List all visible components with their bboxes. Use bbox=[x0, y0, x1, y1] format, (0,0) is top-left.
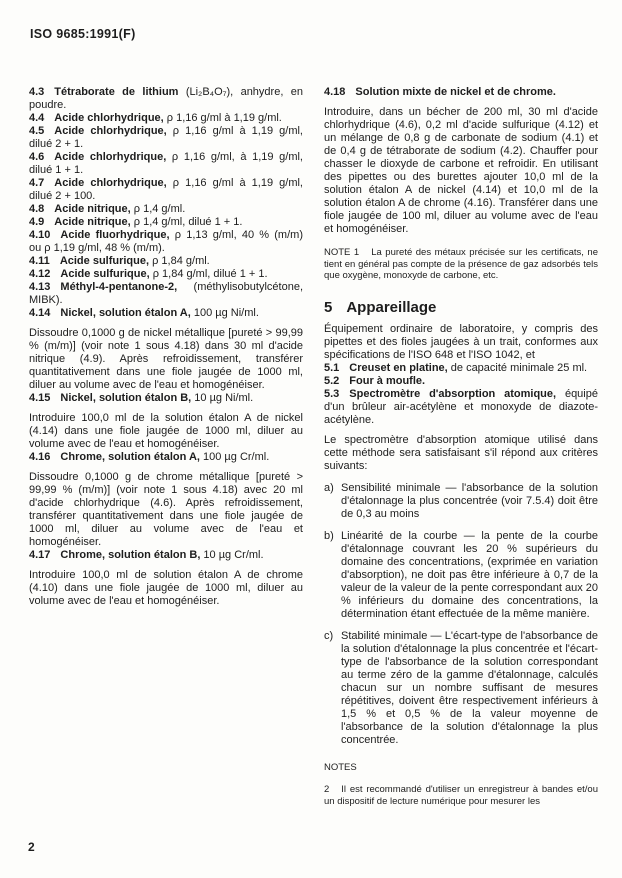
section-title: Chrome, solution étalon B, bbox=[60, 549, 200, 561]
section-title: Nickel, solution étalon B, bbox=[60, 392, 191, 404]
section-heading: 4.14Nickel, solution étalon A, 100 µg Ni… bbox=[29, 307, 303, 320]
section-heading: 4.6Acide chlorhydrique, ρ 1,16 g/ml, à 1… bbox=[29, 151, 303, 177]
two-column-body: 4.3Tétraborate de lithium (Li₂B₄O₇), anh… bbox=[29, 86, 598, 807]
list-item: b)Linéarité de la courbe — la pente de l… bbox=[324, 530, 598, 621]
section-title: Acide nitrique, bbox=[54, 203, 130, 215]
section-heading: 4.4Acide chlorhydrique, ρ 1,16 g/ml à 1,… bbox=[29, 112, 303, 125]
section-title: Acide sulfurique, bbox=[60, 268, 149, 280]
section-heading: 4.12Acide sulfurique, ρ 1,84 g/ml, dilué… bbox=[29, 268, 303, 281]
section-number: 4.5 bbox=[29, 125, 44, 137]
section-number: 4.12 bbox=[29, 268, 50, 280]
footnote-label: 2 bbox=[324, 784, 329, 795]
section-heading: 4.11Acide sulfurique, ρ 1,84 g/ml. bbox=[29, 255, 303, 268]
section-heading: 5.3Spectromètre d'absorption atomique, é… bbox=[324, 388, 598, 427]
section-title: Acide chlorhydrique, bbox=[54, 125, 166, 137]
footnote: NOTE 1La pureté des métaux précisée sur … bbox=[324, 247, 598, 282]
section-title: Creuset en platine, bbox=[349, 362, 447, 374]
clause-heading: 5Appareillage bbox=[324, 299, 598, 316]
section-title: Spectromètre d'absorption atomique, bbox=[349, 388, 556, 400]
body-paragraph: Dissoudre 0,1000 g de nickel métallique … bbox=[29, 327, 303, 392]
section-title: Nickel, solution étalon A, bbox=[60, 307, 190, 319]
clause-title: Appareillage bbox=[346, 299, 436, 316]
section-number: 4.6 bbox=[29, 151, 44, 163]
list-item: c)Stabilité minimale — L'écart-type de l… bbox=[324, 630, 598, 747]
section-title: Acide chlorhydrique, bbox=[54, 151, 166, 163]
section-title: Acide fluorhydrique, bbox=[60, 229, 169, 241]
section-number: 4.14 bbox=[29, 307, 50, 319]
section-title: Solution mixte de nickel et de chrome. bbox=[355, 86, 556, 98]
list-marker: a) bbox=[324, 482, 341, 521]
section-heading: 5.1Creuset en platine, de capacité minim… bbox=[324, 362, 598, 375]
body-paragraph: Introduire, dans un bécher de 200 ml, 30… bbox=[324, 106, 598, 236]
section-heading: 4.3Tétraborate de lithium (Li₂B₄O₇), anh… bbox=[29, 86, 303, 112]
section-heading: 4.15Nickel, solution étalon B, 10 µg Ni/… bbox=[29, 392, 303, 405]
section-number: 4.15 bbox=[29, 392, 50, 404]
clause-number: 5 bbox=[324, 299, 332, 316]
section-heading: 4.18Solution mixte de nickel et de chrom… bbox=[324, 86, 598, 99]
left-column: 4.3Tétraborate de lithium (Li₂B₄O₇), anh… bbox=[29, 86, 303, 807]
section-number: 4.7 bbox=[29, 177, 44, 189]
section-title: Acide chlorhydrique, bbox=[54, 177, 166, 189]
section-number: 4.16 bbox=[29, 451, 50, 463]
section-number: 4.11 bbox=[29, 255, 50, 267]
body-paragraph: Introduire 100,0 ml de solution étalon A… bbox=[29, 569, 303, 608]
section-number: 4.17 bbox=[29, 549, 50, 561]
section-heading: 4.13Méthyl-4-pentanone-2, (méthylisobuty… bbox=[29, 281, 303, 307]
section-heading: 4.16Chrome, solution étalon A, 100 µg Cr… bbox=[29, 451, 303, 464]
section-heading: 4.17Chrome, solution étalon B, 10 µg Cr/… bbox=[29, 549, 303, 562]
section-number: 5.3 bbox=[324, 388, 339, 400]
section-title: Four à moufle. bbox=[349, 375, 425, 387]
section-number: 4.8 bbox=[29, 203, 44, 215]
body-paragraph: Le spectromètre d'absorption atomique ut… bbox=[324, 434, 598, 473]
page-number: 2 bbox=[28, 840, 35, 854]
section-heading: 4.8Acide nitrique, ρ 1,4 g/ml. bbox=[29, 203, 303, 216]
section-number: 4.10 bbox=[29, 229, 50, 241]
standard-reference: ISO 9685:1991(F) bbox=[30, 27, 136, 41]
body-paragraph: Équipement ordinaire de laboratoire, y c… bbox=[324, 323, 598, 362]
right-column: 4.18Solution mixte de nickel et de chrom… bbox=[324, 86, 598, 807]
footnote: 2Il est recommandé d'utiliser un enregis… bbox=[324, 784, 598, 807]
list-item-text: Stabilité minimale — L'écart-type de l'a… bbox=[341, 630, 598, 747]
section-title: Acide chlorhydrique, bbox=[54, 112, 163, 124]
section-title: Acide sulfurique, bbox=[60, 255, 149, 267]
list-item-text: Sensibilité minimale — l'absorbance de l… bbox=[341, 482, 598, 521]
section-heading: 4.7Acide chlorhydrique, ρ 1,16 g/ml à 1,… bbox=[29, 177, 303, 203]
list-item-text: Linéarité de la courbe — la pente de la … bbox=[341, 530, 598, 621]
document-page: ISO 9685:1991(F) 4.3Tétraborate de lithi… bbox=[0, 0, 622, 878]
section-title: Acide nitrique, bbox=[54, 216, 130, 228]
list-marker: b) bbox=[324, 530, 341, 621]
section-number: 5.2 bbox=[324, 375, 339, 387]
body-paragraph: Dissoudre 0,1000 g de chrome métallique … bbox=[29, 471, 303, 549]
section-number: 5.1 bbox=[324, 362, 339, 374]
section-title: Tétraborate de lithium bbox=[54, 86, 178, 98]
section-number: 4.13 bbox=[29, 281, 50, 293]
section-number: 4.3 bbox=[29, 86, 44, 98]
section-heading: 4.10Acide fluorhydrique, ρ 1,13 g/ml, 40… bbox=[29, 229, 303, 255]
list-item: a)Sensibilité minimale — l'absorbance de… bbox=[324, 482, 598, 521]
footnote-label: NOTE 1 bbox=[324, 247, 359, 258]
section-number: 4.4 bbox=[29, 112, 44, 124]
section-number: 4.9 bbox=[29, 216, 44, 228]
section-heading: 4.5Acide chlorhydrique, ρ 1,16 g/ml à 1,… bbox=[29, 125, 303, 151]
section-heading: 5.2Four à moufle. bbox=[324, 375, 598, 388]
section-number: 4.18 bbox=[324, 86, 345, 98]
list-marker: c) bbox=[324, 630, 341, 747]
section-title: Chrome, solution étalon A, bbox=[60, 451, 200, 463]
notes-heading: NOTES bbox=[324, 762, 598, 774]
section-title: Méthyl-4-pentanone-2, bbox=[60, 281, 177, 293]
body-paragraph: Introduire 100,0 ml de la solution étalo… bbox=[29, 412, 303, 451]
section-heading: 4.9Acide nitrique, ρ 1,4 g/ml, dilué 1 +… bbox=[29, 216, 303, 229]
